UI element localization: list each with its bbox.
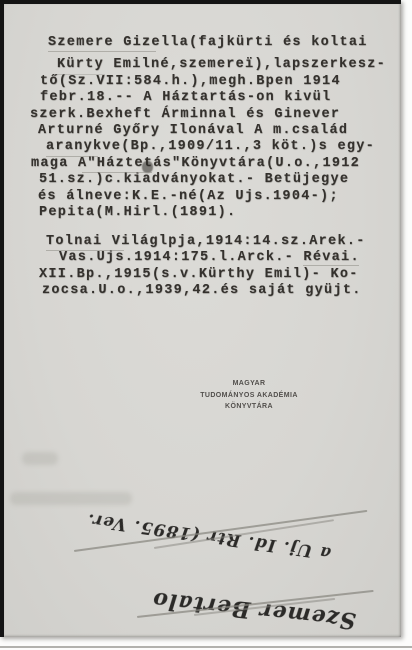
typed-paragraph-biography: Szemere Gizella(fajkürti és koltai Kürty… [4,35,395,221]
pencil-underline [46,156,98,157]
handwritten-note-upper: a Uj. Id. Rtr (1895. Ver. [57,491,361,580]
typed-line: 51.sz.)c.kiadványokat.- Betüjegye [39,172,395,188]
typed-line: tő(Sz.VII:584.h.),megh.Bpen 1914 [40,74,395,90]
typed-line: XII.Bp.,1915(s.v.Kürthy Emil)- Ko- [39,267,395,283]
typed-line: szerk.Bexheft Árminnal és Ginever [30,107,395,123]
typed-line: és álneve:K.E.-né(Az Ujs.1904-); [38,189,395,205]
stamp-line: KÖNYVTÁRA [187,401,311,413]
pencil-underline [303,265,359,266]
pencil-underline [46,250,124,251]
typed-line: Kürty Emilné,szemereï),lapszerkesz- [57,57,395,73]
typed-line: Pepita(M.Hirl.(1891). [39,205,395,221]
photo-bottom-edge [0,646,412,648]
handwritten-signature: Szemer Bertalo [132,577,375,644]
typed-line: aranykve(Bp.,1909/11.,3 köt.)s egy- [46,139,395,155]
typed-line: Tolnai Világlpja,1914:14.sz.Arek.- [46,234,395,250]
pencil-underline [57,74,105,75]
typed-line: Arturné Győry Ilonával A m.család [38,123,395,139]
pencil-underline [48,51,156,52]
catalog-card: Szemere Gizella(fajkürti és koltai Kürty… [0,0,401,637]
stamp-line: TUDOMÁNYOS AKADÉMIA [187,390,311,402]
bleed-through-smudge [22,452,58,465]
typed-paragraph-sources: Tolnai Világlpja,1914:14.sz.Arek.- Vas.U… [4,234,395,300]
typed-line: Szemere Gizella(fajkürti és koltai [48,35,395,51]
typed-line: febr.18.-- A Háztartás-on kivül [40,90,395,106]
stamp-line: MAGYAR [187,378,311,390]
typed-line: maga A"Háztetás"Könyvtára(U.o.,1912 [31,156,395,172]
library-stamp: MAGYAR TUDOMÁNYOS AKADÉMIA KÖNYVTÁRA [187,378,311,413]
typed-line: zocsa.U.o.,1939,42.és saját gyüjt. [42,283,395,299]
scanned-card-photo: Szemere Gizella(fajkürti és koltai Kürty… [0,0,412,650]
pencil-underline [82,172,152,173]
